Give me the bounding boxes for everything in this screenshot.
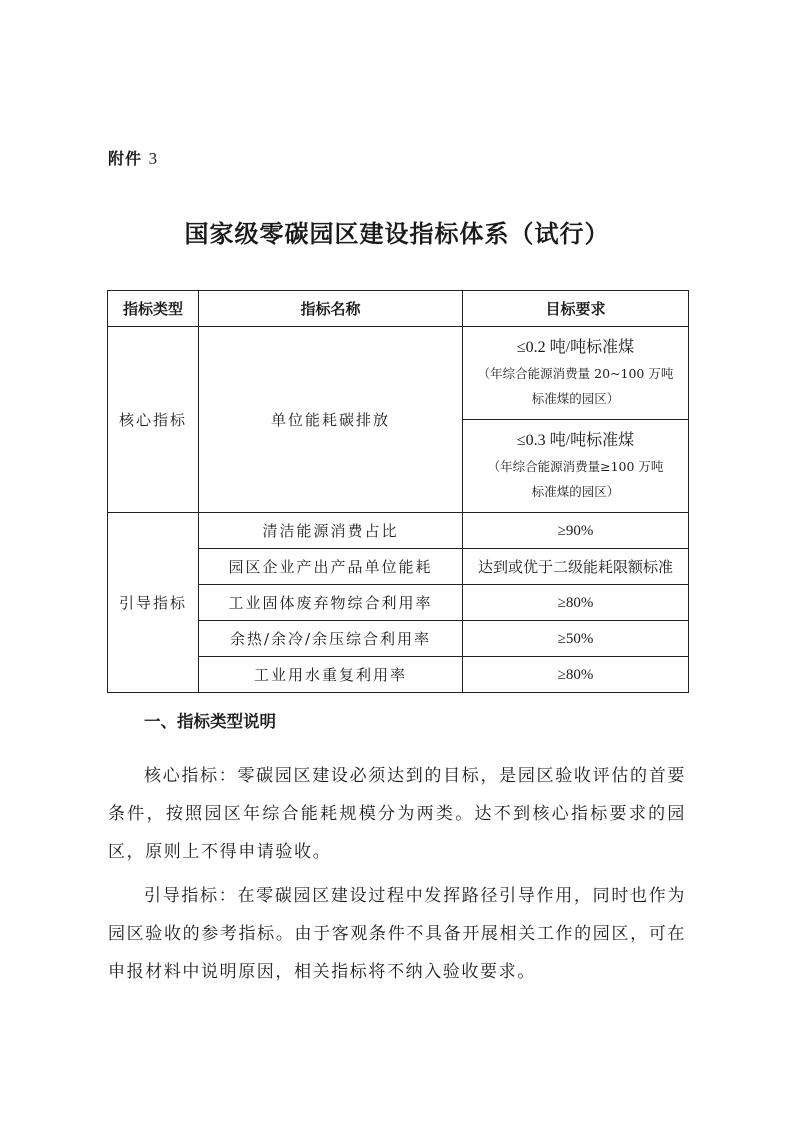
column-header-target: 目标要求 <box>463 291 689 327</box>
guide-indicator-target: ≥90% <box>463 513 689 549</box>
attachment-number: 3 <box>149 149 159 168</box>
guide-indicator-description: 引导指标：在零碳园区建设过程中发挥路径引导作用，同时也作为园区验收的参考指标。由… <box>108 877 686 991</box>
guide-indicator-type: 引导指标 <box>108 513 199 693</box>
guide-indicator-target: 达到或优于二级能耗限额标准 <box>463 549 689 585</box>
guide-indicator-name: 工业用水重复利用率 <box>199 657 463 693</box>
core-target-2-value: ≤0.3 吨/吨标准煤 <box>463 428 688 454</box>
core-target-1-value: ≤0.2 吨/吨标准煤 <box>463 335 688 361</box>
core-indicator-type: 核心指标 <box>108 327 199 513</box>
table-header-row: 指标类型 指标名称 目标要求 <box>108 291 689 327</box>
section-heading: 一、指标类型说明 <box>144 708 276 732</box>
table-row-core-1: 核心指标 单位能耗碳排放 ≤0.2 吨/吨标准煤 （年综合能源消费量 20~10… <box>108 327 689 420</box>
core-target-1: ≤0.2 吨/吨标准煤 （年综合能源消费量 20~100 万吨 标准煤的园区） <box>463 327 689 420</box>
core-target-1-condition-line2: 标准煤的园区） <box>463 386 688 411</box>
guide-indicator-name: 清洁能源消费占比 <box>199 513 463 549</box>
core-indicator-description: 核心指标：零碳园区建设必须达到的目标，是园区验收评估的首要条件，按照园区年综合能… <box>108 757 686 871</box>
column-header-type: 指标类型 <box>108 291 199 327</box>
core-target-2-condition-line1: （年综合能源消费量≥100 万吨 <box>463 454 688 479</box>
table-row: 引导指标 清洁能源消费占比 ≥90% <box>108 513 689 549</box>
guide-indicator-name: 园区企业产出产品单位能耗 <box>199 549 463 585</box>
guide-indicator-target: ≥80% <box>463 657 689 693</box>
guide-indicator-target: ≥50% <box>463 621 689 657</box>
column-header-name: 指标名称 <box>199 291 463 327</box>
attachment-label: 附件 3 <box>108 146 158 169</box>
core-target-1-condition-line1: （年综合能源消费量 20~100 万吨 <box>463 361 688 386</box>
guide-indicator-name: 余热/余冷/余压综合利用率 <box>199 621 463 657</box>
attachment-label-text: 附件 <box>108 149 142 168</box>
core-target-2: ≤0.3 吨/吨标准煤 （年综合能源消费量≥100 万吨 标准煤的园区） <box>463 420 689 513</box>
guide-indicator-target: ≥80% <box>463 585 689 621</box>
document-title: 国家级零碳园区建设指标体系（试行） <box>0 214 794 249</box>
indicator-table: 指标类型 指标名称 目标要求 核心指标 单位能耗碳排放 ≤0.2 吨/吨标准煤 … <box>107 290 689 693</box>
core-indicator-name: 单位能耗碳排放 <box>199 327 463 513</box>
guide-indicator-name: 工业固体废弃物综合利用率 <box>199 585 463 621</box>
core-target-2-condition-line2: 标准煤的园区） <box>463 479 688 504</box>
